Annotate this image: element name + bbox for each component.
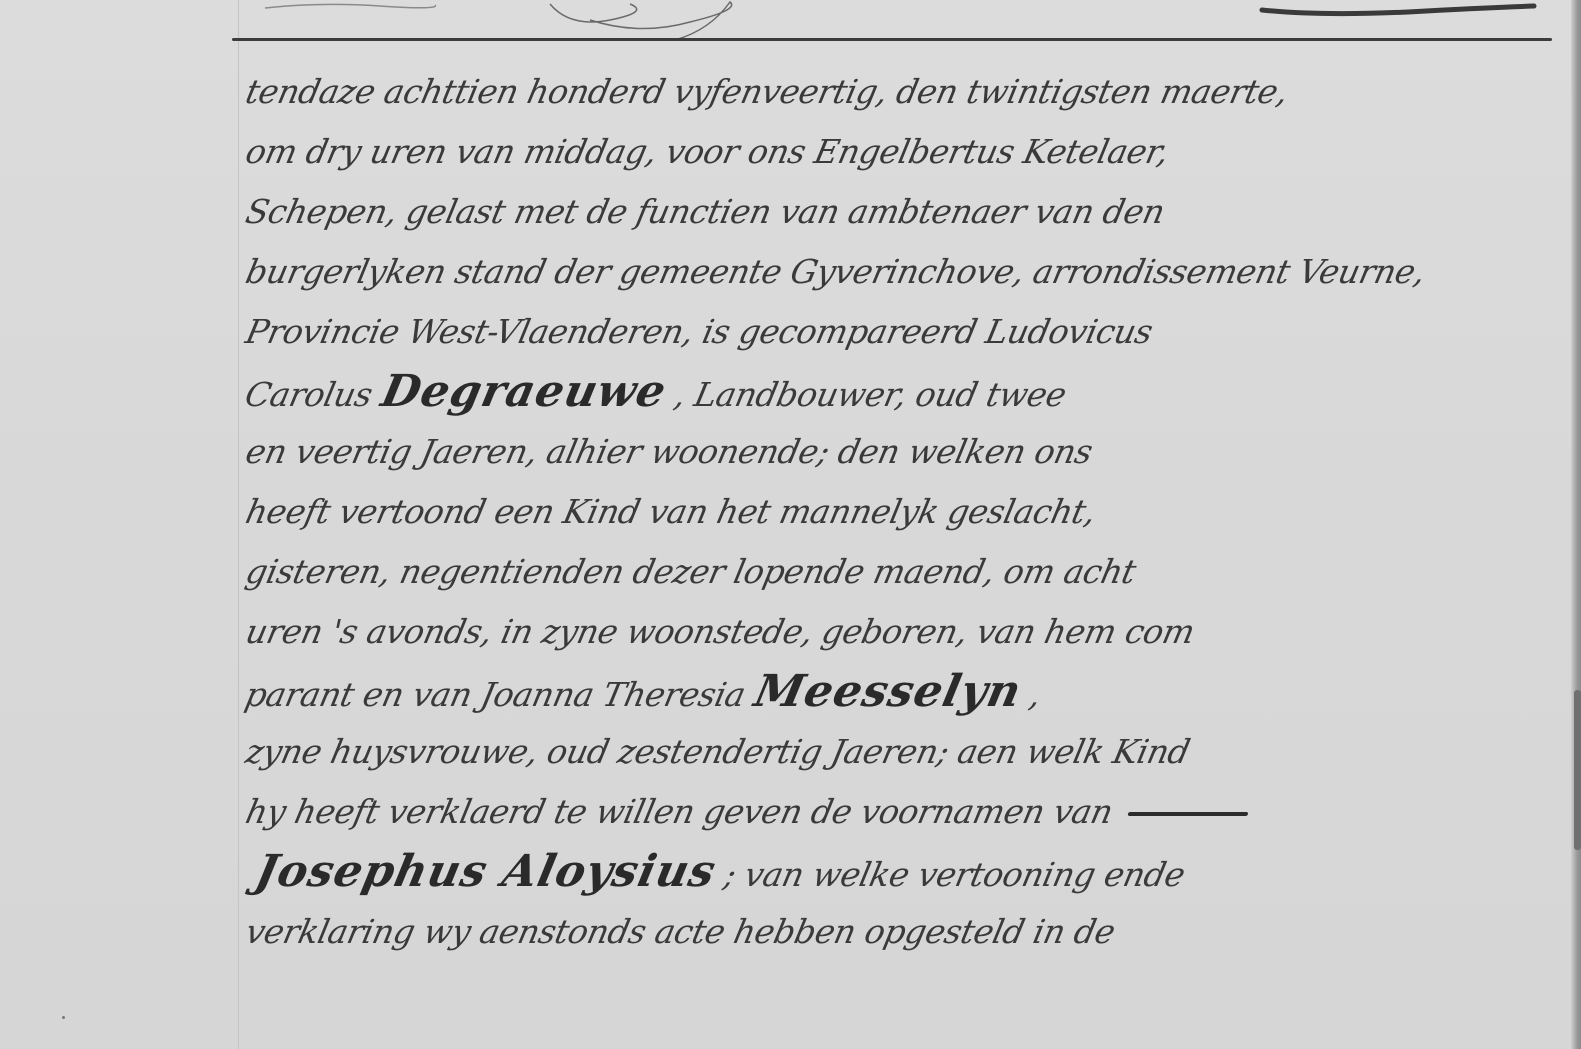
line-text: uren 's avonds, in zyne woonstede, gebor… bbox=[240, 602, 1200, 662]
line-text: heeft vertoond een Kind van het mannelyk… bbox=[240, 482, 1101, 542]
child-given-names: Josephus Aloysius bbox=[250, 842, 722, 902]
line-text: om dry uren van middag, voor ons Engelbe… bbox=[240, 122, 1174, 182]
text-line: en veertig Jaeren, alhier woonende; den … bbox=[240, 422, 1573, 482]
text-line: parant en van Joanna Theresia Meesselyn … bbox=[240, 662, 1573, 722]
text-line: burgerlyken stand der gemeente Gyverinch… bbox=[240, 242, 1573, 302]
line-text: parant en van Joanna Theresia bbox=[239, 665, 751, 725]
father-surname: Degraeuwe bbox=[376, 362, 672, 422]
line-text: zyne huysvrouwe, oud zestendertig Jaeren… bbox=[240, 722, 1195, 782]
line-text: tendaze achttien honderd vyfenveertig, d… bbox=[240, 62, 1294, 122]
line-text: Carolus bbox=[239, 365, 378, 425]
text-line: Schepen, gelast met de functien van ambt… bbox=[240, 182, 1573, 242]
mother-surname: Meesselyn bbox=[749, 662, 1027, 722]
line-text: hy heeft verklaerd te willen geven de vo… bbox=[240, 782, 1118, 842]
line-text: verklaring wy aenstonds acte hebben opge… bbox=[240, 902, 1121, 962]
text-line: zyne huysvrouwe, oud zestendertig Jaeren… bbox=[240, 722, 1573, 782]
text-line: uren 's avonds, in zyne woonstede, gebor… bbox=[240, 602, 1573, 662]
top-left-flourish bbox=[260, 0, 440, 12]
text-line: tendaze achttien honderd vyfenveertig, d… bbox=[240, 62, 1573, 122]
page-binding-shadow bbox=[1574, 690, 1581, 850]
text-line: om dry uren van middag, voor ons Engelbe… bbox=[240, 122, 1573, 182]
text-line: heeft vertoond een Kind van het mannelyk… bbox=[240, 482, 1573, 542]
line-text: ; van welke vertooning ende bbox=[718, 845, 1190, 905]
line-text: Schepen, gelast met de functien van ambt… bbox=[240, 182, 1170, 242]
text-line: verklaring wy aenstonds acte hebben opge… bbox=[240, 902, 1573, 962]
header-separator-rule bbox=[232, 38, 1552, 41]
text-line: Carolus Degraeuwe , Landbouwer, oud twee bbox=[240, 362, 1573, 422]
register-entry-text: tendaze achttien honderd vyfenveertig, d… bbox=[240, 62, 1560, 962]
line-text: Provincie West-Vlaenderen, is gecomparee… bbox=[240, 302, 1158, 362]
text-line: Provincie West-Vlaenderen, is gecomparee… bbox=[240, 302, 1573, 362]
text-line: gisteren, negentienden dezer lopende mae… bbox=[240, 542, 1573, 602]
page-binding-edge bbox=[1571, 0, 1581, 1049]
paper-speck bbox=[62, 1016, 65, 1019]
line-text: gisteren, negentienden dezer lopende mae… bbox=[240, 542, 1141, 602]
left-margin-rule bbox=[238, 0, 239, 1049]
register-page: tendaze achttien honderd vyfenveertig, d… bbox=[0, 0, 1581, 1049]
line-text: , bbox=[1024, 665, 1047, 725]
line-fill-dash bbox=[1127, 812, 1248, 816]
text-line: Josephus Aloysius ; van welke vertooning… bbox=[240, 842, 1573, 902]
line-text: en veertig Jaeren, alhier woonende; den … bbox=[240, 422, 1098, 482]
text-line: hy heeft verklaerd te willen geven de vo… bbox=[240, 782, 1573, 842]
line-text: , Landbouwer, oud twee bbox=[669, 365, 1072, 425]
top-right-flourish bbox=[1258, 2, 1538, 18]
line-text: burgerlyken stand der gemeente Gyverinch… bbox=[240, 242, 1431, 302]
